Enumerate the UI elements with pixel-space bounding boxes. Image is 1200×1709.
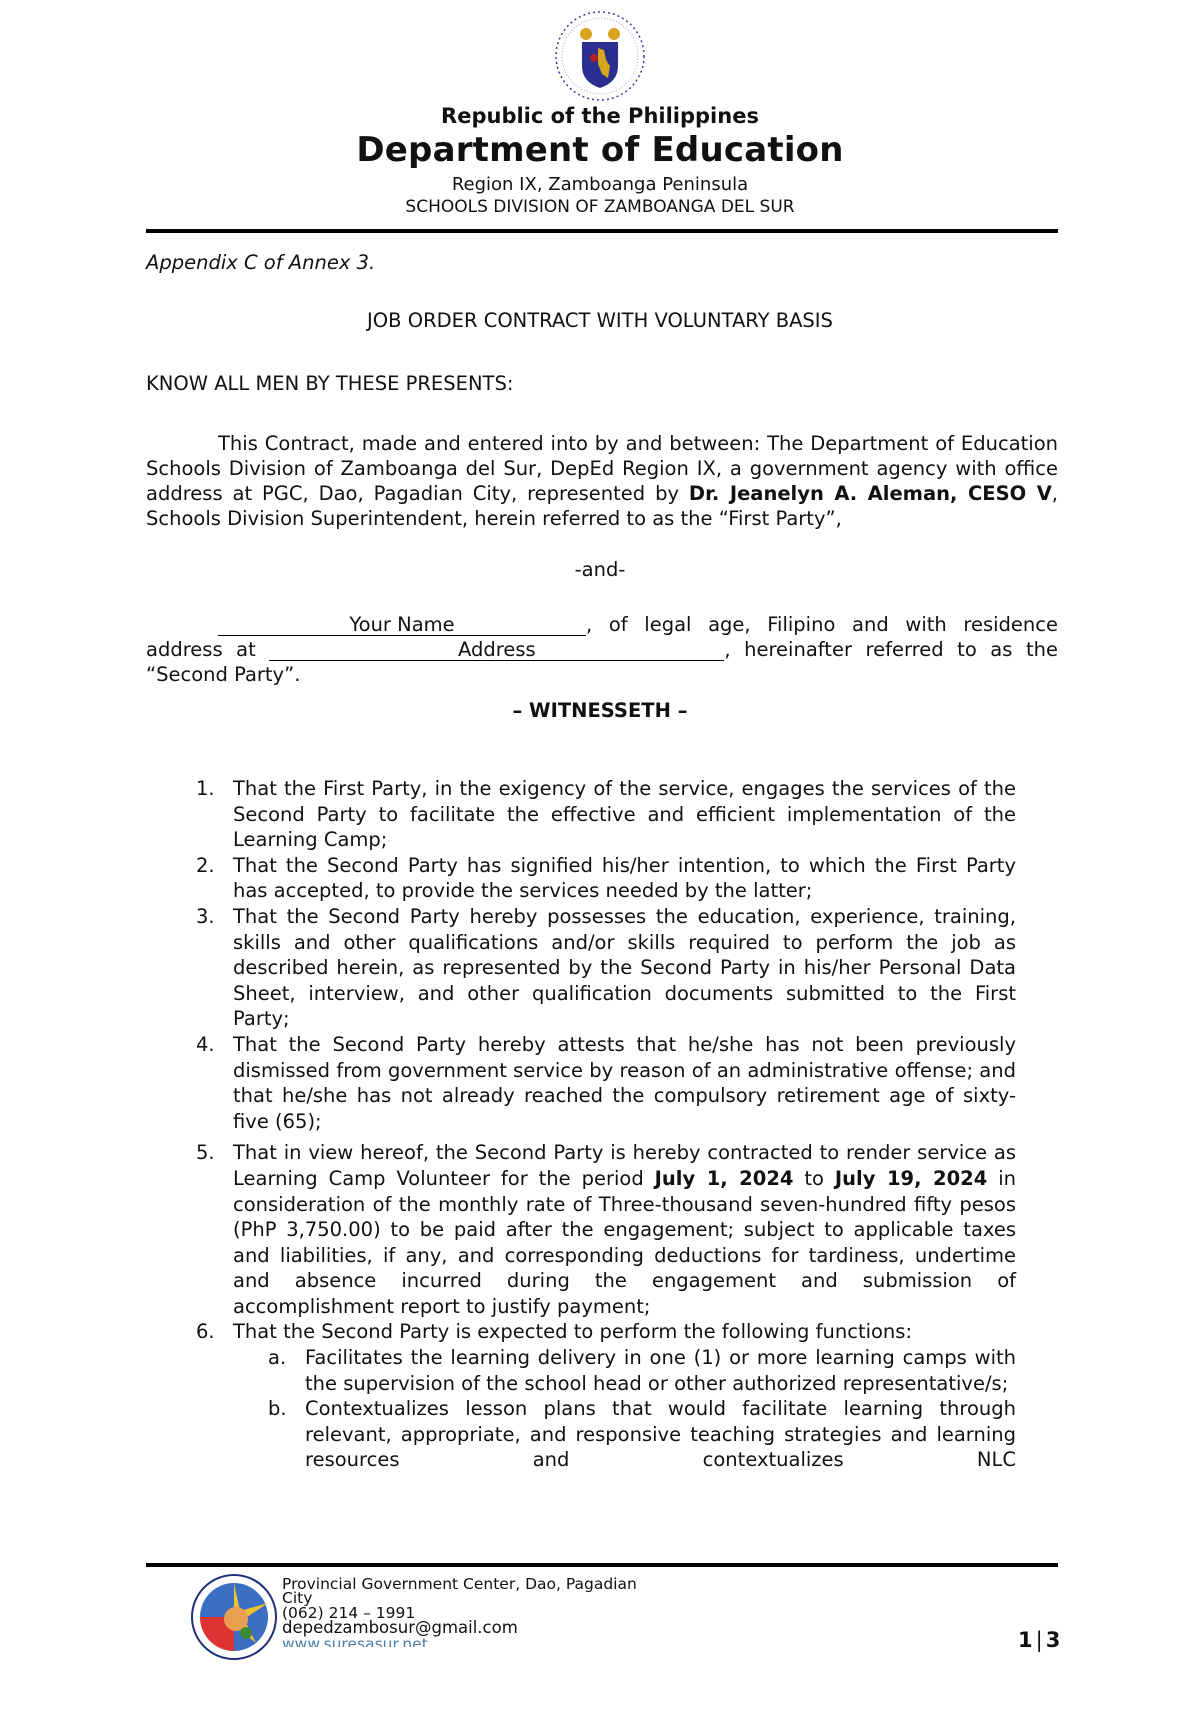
document-title: JOB ORDER CONTRACT WITH VOLUNTARY BASIS [0, 308, 1200, 333]
intro-paragraph: This Contract, made and entered into by … [146, 431, 1058, 531]
list-item: 5. That in view hereof, the Second Party… [196, 1140, 1016, 1319]
footer-divider [146, 1563, 1058, 1567]
period-end-date: July 19, 2024 [835, 1167, 987, 1190]
and-separator: -and- [0, 557, 1200, 582]
footer-website-link[interactable]: www.suresasur.net [282, 1636, 428, 1647]
header-divider [146, 229, 1058, 233]
list-item: 1. That the First Party, in the exigency… [196, 776, 1016, 853]
know-all-heading: KNOW ALL MEN BY THESE PRESENTS: [146, 371, 513, 396]
period-start-date: July 1, 2024 [655, 1167, 794, 1190]
page-separator: | [1036, 1628, 1043, 1652]
deped-seal-icon [548, 8, 652, 104]
header-division: SCHOOLS DIVISION OF ZAMBOANGA DEL SUR [0, 197, 1200, 217]
list-item: 3. That the Second Party hereby possesse… [196, 904, 1016, 1032]
page-number: 1|3 [1018, 1628, 1060, 1652]
page-current: 1 [1018, 1628, 1033, 1652]
header-republic: Republic of the Philippines [0, 104, 1200, 128]
witnesseth-heading: – WITNESSETH – [0, 698, 1200, 723]
header-region: Region IX, Zamboanga Peninsula [0, 174, 1200, 195]
header-department: Department of Education [0, 130, 1200, 170]
page-total: 3 [1046, 1628, 1061, 1652]
footer-address-line1: Provincial Government Center, Dao, Pagad… [282, 1576, 637, 1592]
functions-list: a. Facilitates the learning delivery in … [268, 1345, 1016, 1473]
list-item: 6. That the Second Party is expected to … [196, 1319, 1016, 1345]
name-field[interactable]: Your Name [218, 615, 586, 636]
terms-list: 1. That the First Party, in the exigency… [196, 776, 1016, 1473]
document-page: Republic of the Philippines Department o… [0, 0, 1200, 1709]
function-item: b. Contextualizes lesson plans that woul… [268, 1396, 1016, 1473]
function-item: a. Facilitates the learning delivery in … [268, 1345, 1016, 1396]
list-item: 4. That the Second Party hereby attests … [196, 1032, 1016, 1134]
list-item: 2. That the Second Party has signified h… [196, 853, 1016, 904]
address-field[interactable]: Address [269, 640, 724, 661]
footer-email[interactable]: depedzambosur@gmail.com [282, 1620, 518, 1636]
appendix-label: Appendix C of Annex 3. [146, 250, 375, 275]
representative-name: Dr. Jeanelyn A. Aleman, CESO V [689, 482, 1052, 505]
division-seal-icon [190, 1573, 278, 1661]
second-party-paragraph: Your Name, of legal age, Filipino and wi… [146, 612, 1058, 687]
